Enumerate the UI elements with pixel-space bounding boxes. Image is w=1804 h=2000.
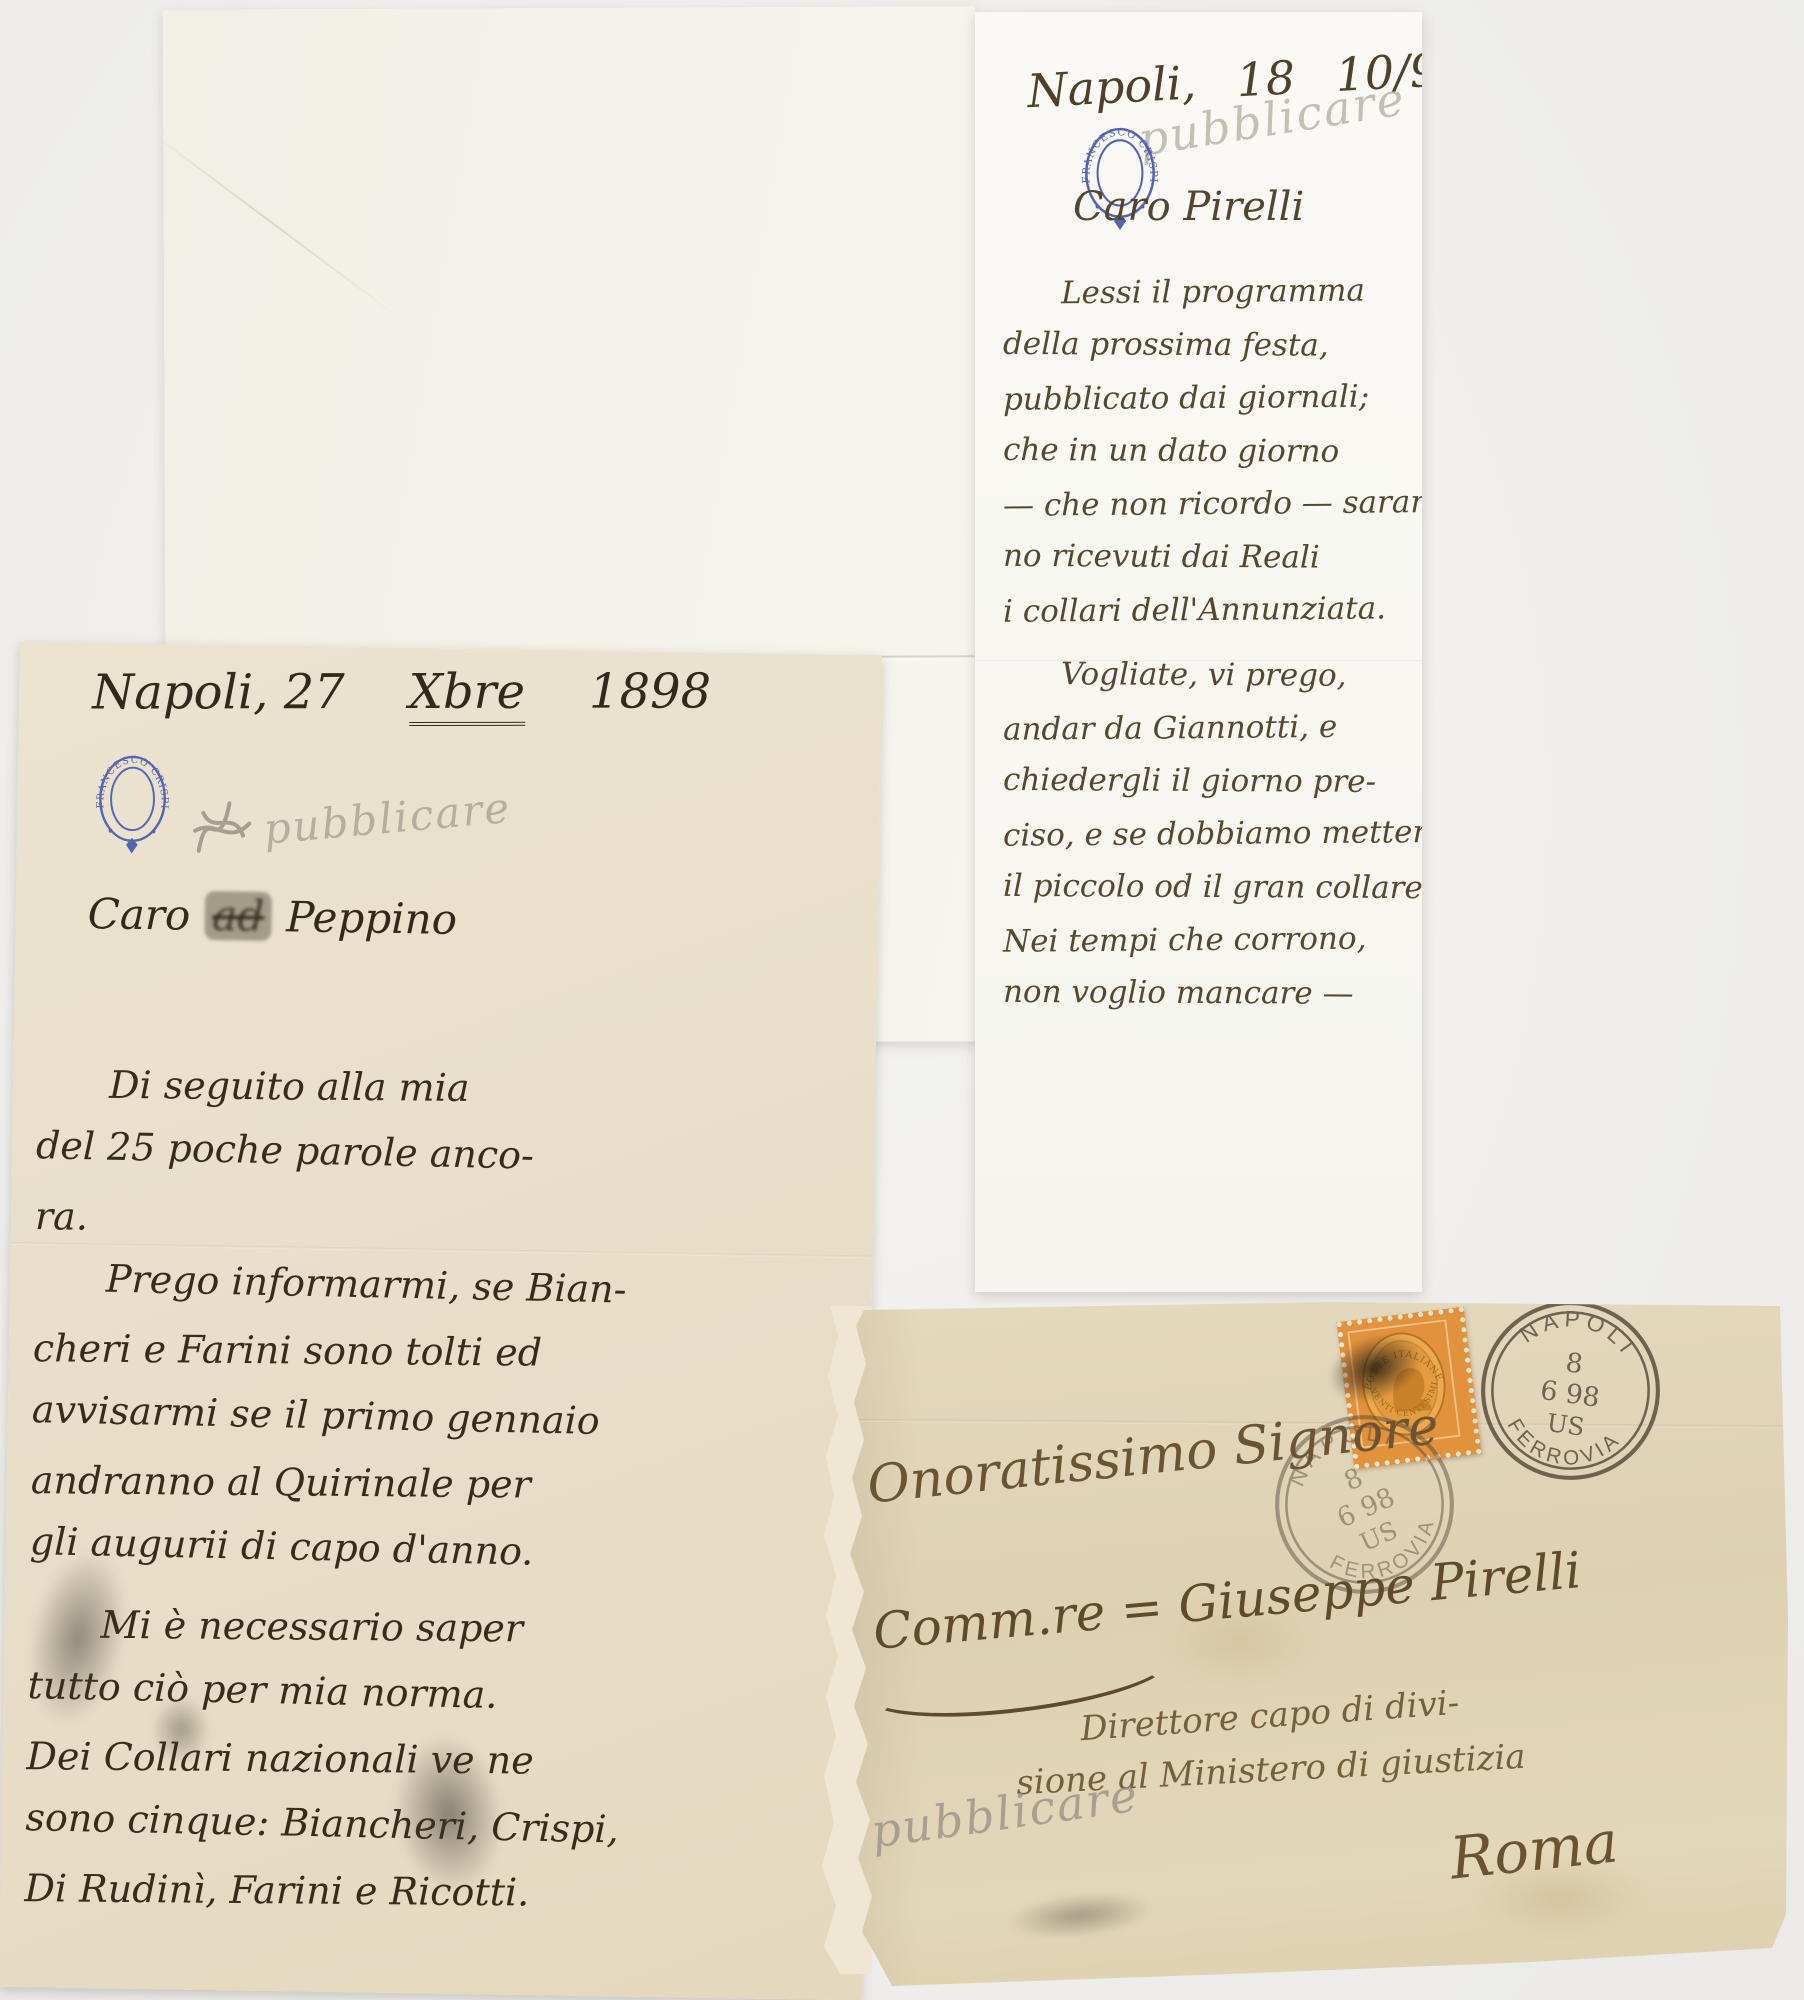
oval-stamp-text: FRANCESCO CRISPI (1081, 127, 1158, 184)
envelope: POSTE ITALIANE VENTI CENTESIMI NAPOLI FE… (830, 1298, 1790, 1988)
letter-line: Nei tempi che corrono, (1003, 912, 1415, 969)
letter-line: — che non ricordo — saran- (1003, 476, 1415, 533)
letter-line: che in un dato giorno (1003, 424, 1415, 479)
crispi-oval-stamp-icon: FRANCESCO CRISPI (93, 751, 173, 854)
paper-crease (871, 655, 978, 657)
salutation-word: Caro (87, 889, 190, 940)
letter-line: della prossima festa, (1003, 318, 1415, 373)
letter-1896-salutation: Caro Pirelli (1073, 184, 1304, 230)
salutation-name: Peppino (286, 892, 458, 944)
postmark-napoli-ferrovia: NAPOLI FERROVIA 8 6 98 US (1466, 1286, 1675, 1495)
letter-1898-dateline: Napoli, 27 Xbre 1898 (92, 663, 711, 726)
letter-line: Vogliate, vi prego, (1003, 648, 1415, 703)
letter-line: Lessi il programma (1003, 264, 1415, 321)
letter-line: del 25 poche parole anco- (35, 1112, 858, 1195)
postmark-date: US (1545, 1408, 1586, 1442)
pencil-annotation: pubblicare (262, 783, 513, 854)
letter-line: i collari dell'Annunziata. (1003, 582, 1415, 639)
letter-1896-body: Lessi il programma della prossima festa,… (1003, 266, 1415, 1020)
letter-line: Mi è necessario saper (28, 1591, 851, 1664)
svg-text:FRANCESCO CRISPI: FRANCESCO CRISPI (1081, 127, 1158, 184)
cancelled-word: ad (204, 891, 273, 941)
oval-stamp-text: FRANCESCO CRISPI (95, 754, 171, 810)
letter-line: Di seguito alla mia (37, 1051, 860, 1124)
dateline-month: Xbre (409, 664, 525, 726)
letter-line: pubblicato dai giornali; (1003, 370, 1415, 427)
letter-line: chiedergli il giorno pre- (1003, 754, 1415, 809)
letter-1898-salutation: CaroadPeppino (87, 889, 457, 944)
letter-1896: Napoli, 18 10/96 pubblicare FRANCESCO CR… (975, 12, 1422, 1292)
letter-line: non voglio mancare — (1003, 966, 1415, 1021)
letter-1898: Napoli, 27 Xbre 1898 FRANCESCO CRISPI pu… (0, 642, 882, 2000)
letter-line: ra. (35, 1183, 858, 1256)
postmark-date: 6 98 (1538, 1375, 1601, 1414)
dateline-year: 1898 (589, 663, 711, 725)
letter-line: ciso, e se dobbiamo mettere (1003, 806, 1415, 863)
pencil-scribble (186, 789, 257, 870)
letter-line: Prego informarmi, se Bian- (33, 1244, 856, 1327)
letter-line: no ricevuti dai Reali (1003, 530, 1415, 585)
letter-line: gli augurii di capo d'anno. (29, 1508, 852, 1591)
svg-text:FRANCESCO CRISPI: FRANCESCO CRISPI (95, 754, 171, 810)
letter-line: cheri e Farini sono tolti ed (33, 1315, 856, 1388)
letter-line: andar da Giannotti, e (1003, 700, 1415, 757)
letter-line: andranno al Quirinale per (31, 1447, 854, 1520)
postmark-date: 8 (1564, 1347, 1585, 1380)
letter-line: avvisarmi se il primo gennaio (31, 1376, 854, 1459)
paper-crease (163, 121, 402, 320)
dateline-place: Napoli, 27 (92, 664, 345, 726)
letter-line: il piccolo od il gran collare. (1003, 860, 1415, 915)
photo-scene: Napoli, 18 10/96 pubblicare FRANCESCO CR… (0, 0, 1804, 2000)
